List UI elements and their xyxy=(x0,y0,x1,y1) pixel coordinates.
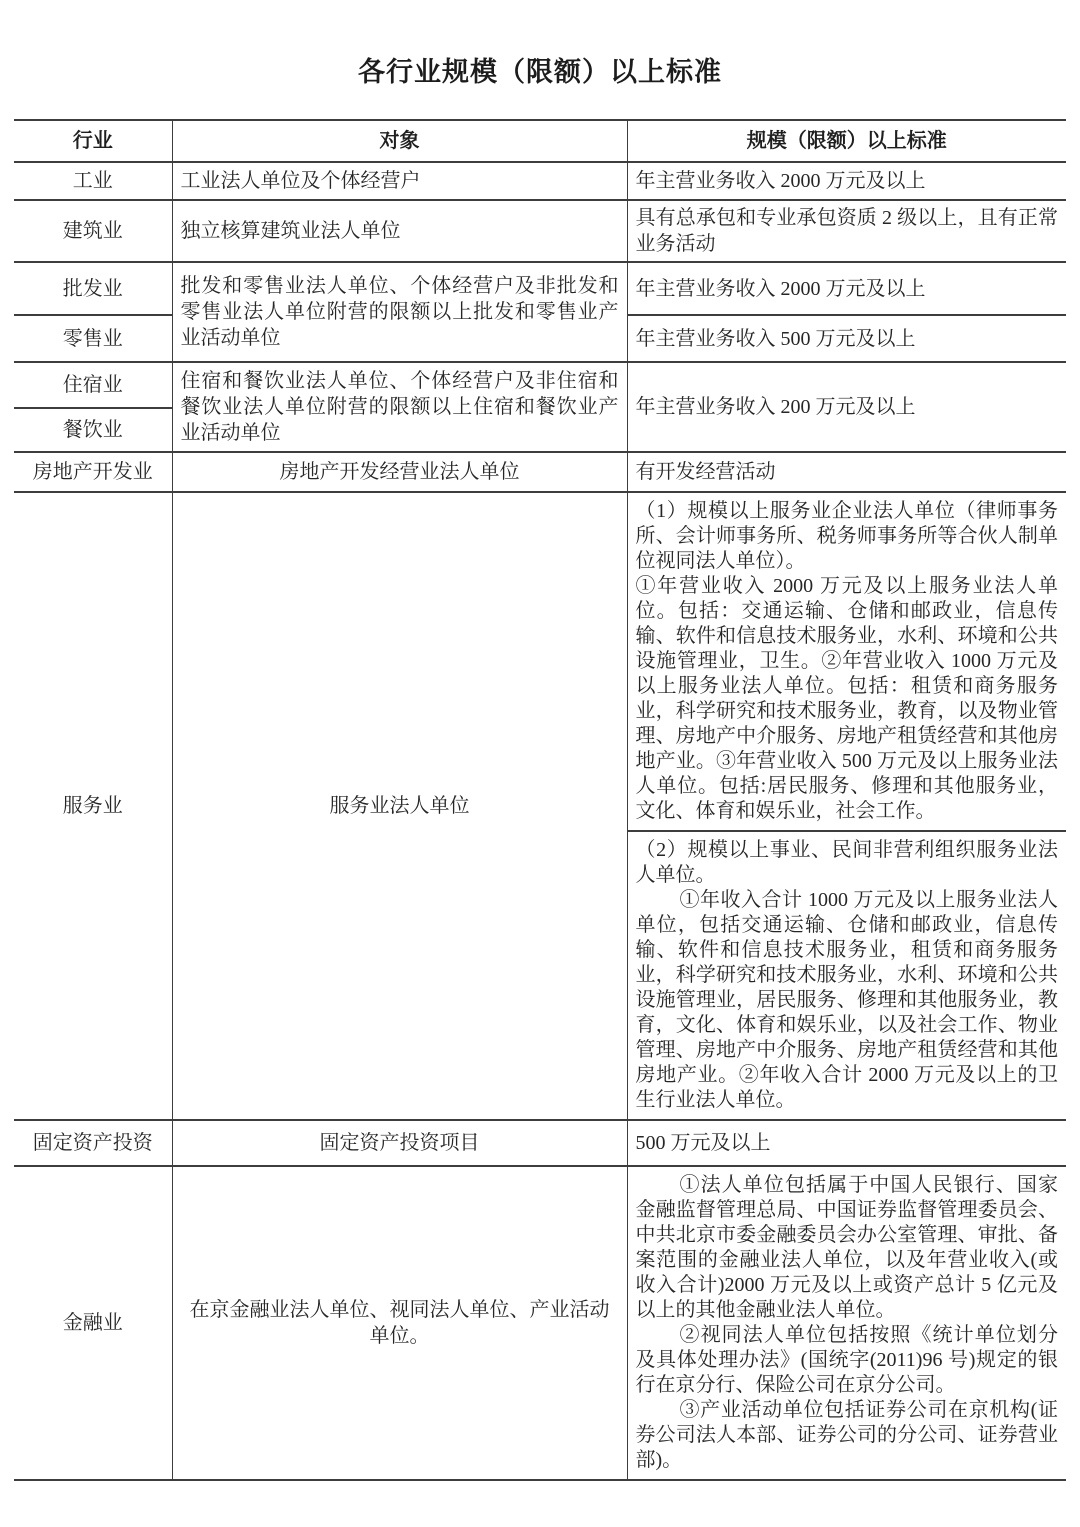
industry-standards-table: 行业 对象 规模（限额）以上标准 工业 工业法人单位及个体经营户 年主营业务收入… xyxy=(14,119,1066,1481)
services-standard-part1-cell: （1）规模以上服务业企业法人单位（律师事务所、会计师事务所、税务师事务所等合伙人… xyxy=(627,492,1066,831)
header-standard: 规模（限额）以上标准 xyxy=(627,120,1066,162)
wholesale-retail-object-cell: 批发和零售业法人单位、个体经营户及非批发和零售业法人单位附营的限额以上批发和零售… xyxy=(172,262,627,362)
services-standard-part1-p1: （1）规模以上服务业企业法人单位（律师事务所、会计师事务所、税务师事务所等合伙人… xyxy=(636,499,1059,574)
table-row-wholesale: 批发业 批发和零售业法人单位、个体经营户及非批发和零售业法人单位附营的限额以上批… xyxy=(14,262,1066,315)
industrial-industry-cell: 工业 xyxy=(14,162,172,200)
table-row-industrial: 工业 工业法人单位及个体经营户 年主营业务收入 2000 万元及以上 xyxy=(14,162,1066,200)
table-row-construction: 建筑业 独立核算建筑业法人单位 具有总承包和专业承包资质 2 级以上，且有正常业… xyxy=(14,200,1066,262)
finance-standard-p2: ②视同法人单位包括按照《统计单位划分及具体处理办法》(国统字(2011)96 号… xyxy=(636,1323,1059,1398)
services-standard-part2-p2: ①年收入合计 1000 万元及以上服务业法人单位，包括交通运输、仓储和邮政业，信… xyxy=(636,888,1059,1113)
services-standard-part2-p1: （2）规模以上事业、民间非营利组织服务业法人单位。 xyxy=(636,838,1059,888)
wholesale-industry-cell: 批发业 xyxy=(14,262,172,315)
lodging-industry-cell: 住宿业 xyxy=(14,362,172,408)
fixed-assets-standard-cell: 500 万元及以上 xyxy=(627,1120,1066,1166)
finance-standard-p3: ③产业活动单位包括证券公司在京机构(证券公司法人本部、证券公司的分公司、证券营业… xyxy=(636,1398,1059,1473)
lodging-catering-object-cell: 住宿和餐饮业法人单位、个体经营户及非住宿和餐饮业法人单位附营的限额以上住宿和餐饮… xyxy=(172,362,627,452)
fixed-assets-industry-cell: 固定资产投资 xyxy=(14,1120,172,1166)
header-object: 对象 xyxy=(172,120,627,162)
services-standard-part1-p2: ①年营业收入 2000 万元及以上服务业法人单位。包括：交通运输、仓储和邮政业，… xyxy=(636,574,1059,824)
construction-standard-cell: 具有总承包和专业承包资质 2 级以上，且有正常业务活动 xyxy=(627,200,1066,262)
retail-industry-cell: 零售业 xyxy=(14,315,172,362)
table-row-services-part1: 服务业 服务业法人单位 （1）规模以上服务业企业法人单位（律师事务所、会计师事务… xyxy=(14,492,1066,831)
table-row-real-estate: 房地产开发业 房地产开发经营业法人单位 有开发经营活动 xyxy=(14,452,1066,492)
services-standard-part2-cell: （2）规模以上事业、民间非营利组织服务业法人单位。 ①年收入合计 1000 万元… xyxy=(627,831,1066,1120)
page-title: 各行业规模（限额）以上标准 xyxy=(0,55,1080,89)
real-estate-object-cell: 房地产开发经营业法人单位 xyxy=(172,452,627,492)
industrial-object-cell: 工业法人单位及个体经营户 xyxy=(172,162,627,200)
fixed-assets-object-cell: 固定资产投资项目 xyxy=(172,1120,627,1166)
table-row-finance: 金融业 在京金融业法人单位、视同法人单位、产业活动单位。 ①法人单位包括属于中国… xyxy=(14,1166,1066,1480)
lodging-catering-standard-cell: 年主营业务收入 200 万元及以上 xyxy=(627,362,1066,452)
header-row: 行业 对象 规模（限额）以上标准 xyxy=(14,120,1066,162)
services-industry-cell: 服务业 xyxy=(14,492,172,1120)
construction-industry-cell: 建筑业 xyxy=(14,200,172,262)
construction-object-cell: 独立核算建筑业法人单位 xyxy=(172,200,627,262)
document-page: 各行业规模（限额）以上标准 行业 对象 规模（限额）以上标准 工业 工业法人单位… xyxy=(0,0,1080,1527)
finance-object-cell: 在京金融业法人单位、视同法人单位、产业活动单位。 xyxy=(172,1166,627,1480)
finance-industry-cell: 金融业 xyxy=(14,1166,172,1480)
finance-standard-cell: ①法人单位包括属于中国人民银行、国家金融监督管理总局、中国证券监督管理委员会、中… xyxy=(627,1166,1066,1480)
catering-industry-cell: 餐饮业 xyxy=(14,408,172,452)
finance-standard-p1: ①法人单位包括属于中国人民银行、国家金融监督管理总局、中国证券监督管理委员会、中… xyxy=(636,1173,1059,1323)
retail-standard-cell: 年主营业务收入 500 万元及以上 xyxy=(627,315,1066,362)
table-row-fixed-assets: 固定资产投资 固定资产投资项目 500 万元及以上 xyxy=(14,1120,1066,1166)
header-industry: 行业 xyxy=(14,120,172,162)
services-object-cell: 服务业法人单位 xyxy=(172,492,627,1120)
industrial-standard-cell: 年主营业务收入 2000 万元及以上 xyxy=(627,162,1066,200)
real-estate-standard-cell: 有开发经营活动 xyxy=(627,452,1066,492)
table-row-lodging: 住宿业 住宿和餐饮业法人单位、个体经营户及非住宿和餐饮业法人单位附营的限额以上住… xyxy=(14,362,1066,408)
real-estate-industry-cell: 房地产开发业 xyxy=(14,452,172,492)
wholesale-standard-cell: 年主营业务收入 2000 万元及以上 xyxy=(627,262,1066,315)
